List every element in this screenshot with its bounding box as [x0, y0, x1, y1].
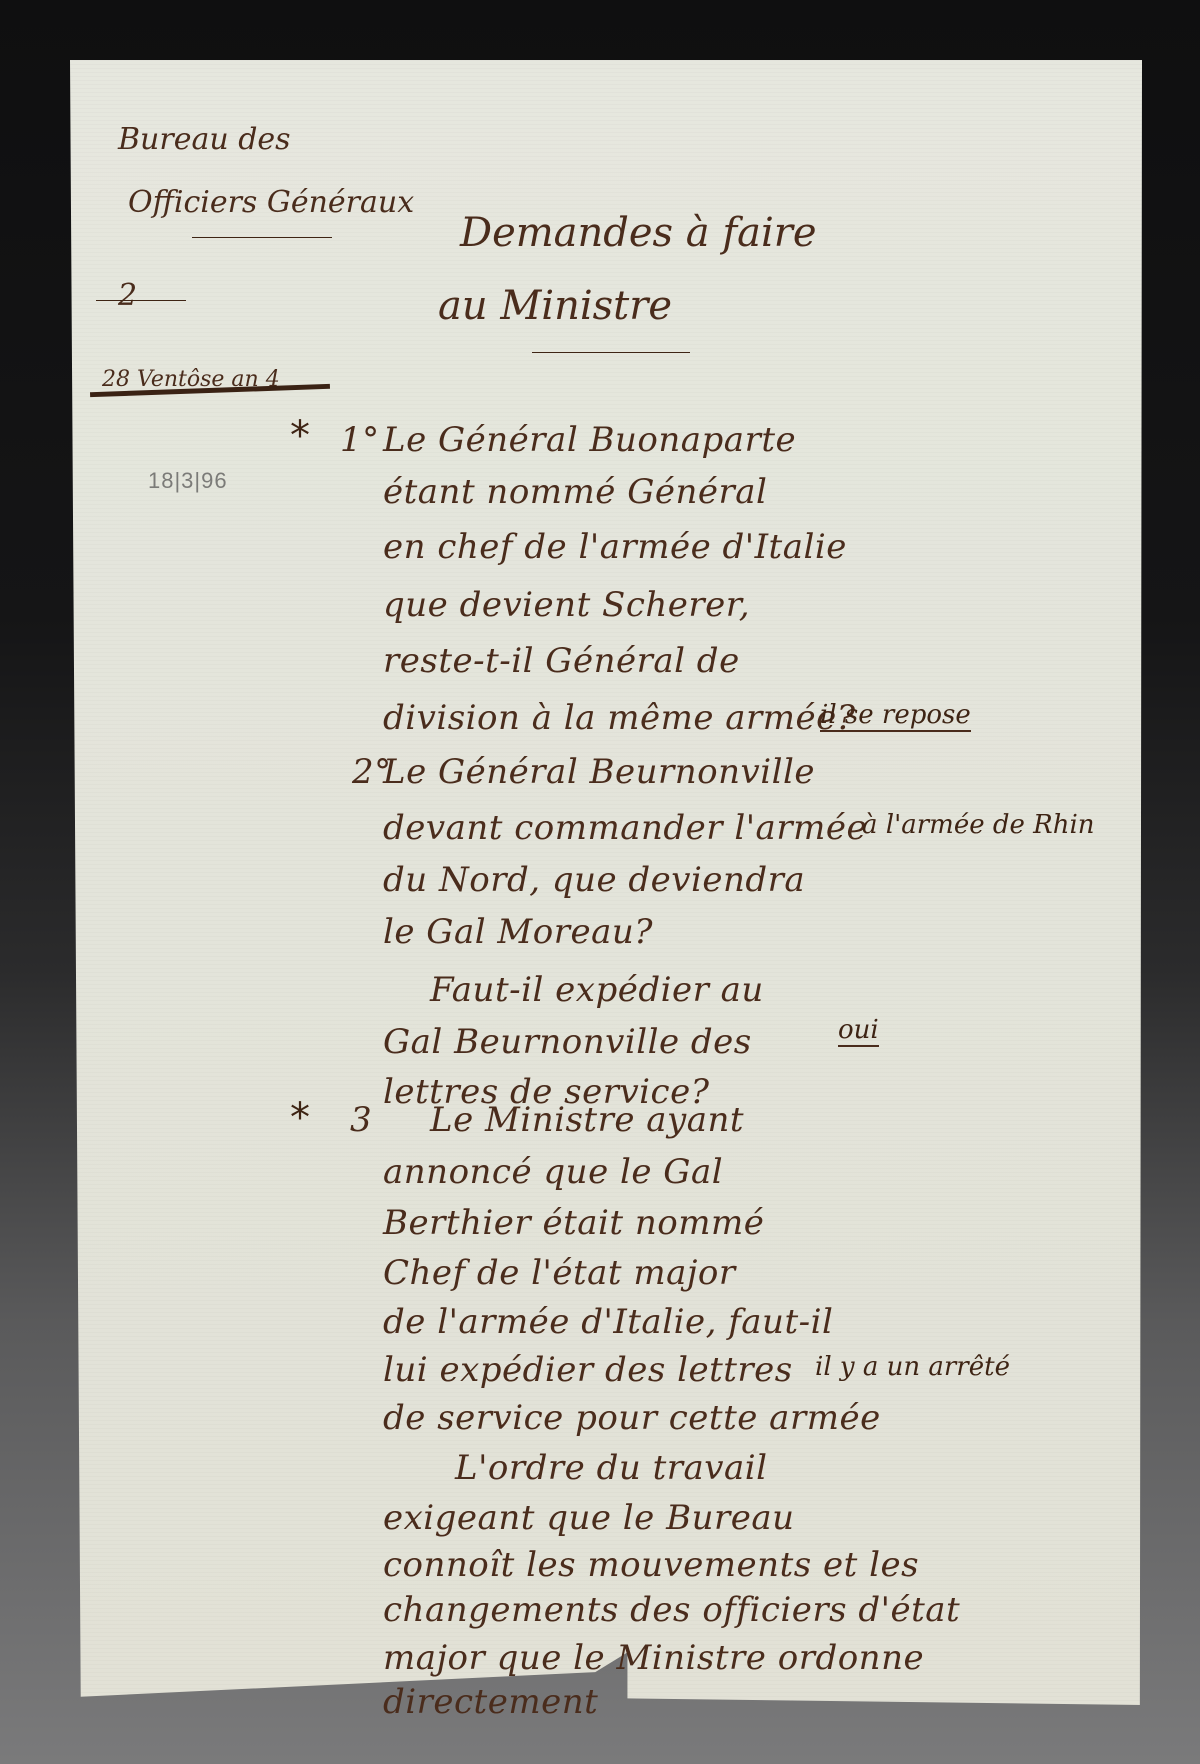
title-underline	[532, 352, 690, 353]
asterisk-marker-3: *	[290, 1095, 310, 1141]
item2-line: devant commander l'armée	[383, 808, 867, 848]
item3-line: Chef de l'état major	[383, 1253, 736, 1293]
item3-reply-note: il y a un arrêté	[815, 1352, 1010, 1382]
item3-line: annoncé que le Gal	[383, 1152, 723, 1192]
item1-reply-note: il se repose	[820, 700, 971, 732]
document-number: 2	[118, 278, 137, 313]
item3-line: de service pour cette armée	[383, 1398, 881, 1438]
title-line1: Demandes à faire	[460, 210, 817, 256]
item3-sub-line: exigeant que le Bureau	[383, 1498, 795, 1538]
title-line2: au Ministre	[438, 283, 672, 329]
item2-line: du Nord, que deviendra	[383, 860, 805, 900]
bureau-heading-line2: Officiers Généraux	[128, 185, 414, 220]
item2-sub-line: Faut-il expédier au	[430, 970, 764, 1010]
item2-reply-note: à l'armée de Rhin	[862, 810, 1095, 840]
item3-number: 3	[350, 1100, 372, 1140]
pencil-archive-note: 18|3|96	[148, 468, 228, 494]
item2-line: Le Général Beurnonville	[383, 752, 815, 792]
item1-line: reste-t-il Général de	[383, 641, 740, 681]
item3-line: Le Ministre ayant	[430, 1100, 744, 1140]
number-rule	[96, 300, 186, 301]
item3-sub-line: connoît les mouvements et les	[383, 1545, 919, 1585]
item2-sub-reply-note: oui	[838, 1015, 879, 1047]
item1-number: 1°	[340, 420, 380, 460]
item2-line: le Gal Moreau?	[383, 912, 653, 952]
heading-underline	[192, 237, 332, 238]
item1-line: en chef de l'armée d'Italie	[383, 527, 847, 567]
item3-sub-line: major que le Ministre ordonne	[383, 1638, 924, 1678]
item1-line: que devient Scherer,	[383, 585, 750, 625]
bureau-heading-line1: Bureau des	[118, 122, 291, 157]
item3-sub-line: L'ordre du travail	[455, 1448, 767, 1488]
item3-sub-line: changements des officiers d'état	[383, 1590, 960, 1630]
item2-sub-line: Gal Beurnonville des	[383, 1022, 752, 1062]
item3-sub-line: directement	[383, 1682, 598, 1722]
item3-line: Berthier était nommé	[383, 1203, 764, 1243]
item1-line: Le Général Buonaparte	[383, 420, 796, 460]
item3-line: lui expédier des lettres	[383, 1350, 793, 1390]
item3-line: de l'armée d'Italie, faut-il	[383, 1302, 833, 1342]
asterisk-marker-1: *	[290, 413, 310, 459]
item1-line: division à la même armée?	[383, 698, 856, 738]
item1-line: étant nommé Général	[383, 472, 767, 512]
